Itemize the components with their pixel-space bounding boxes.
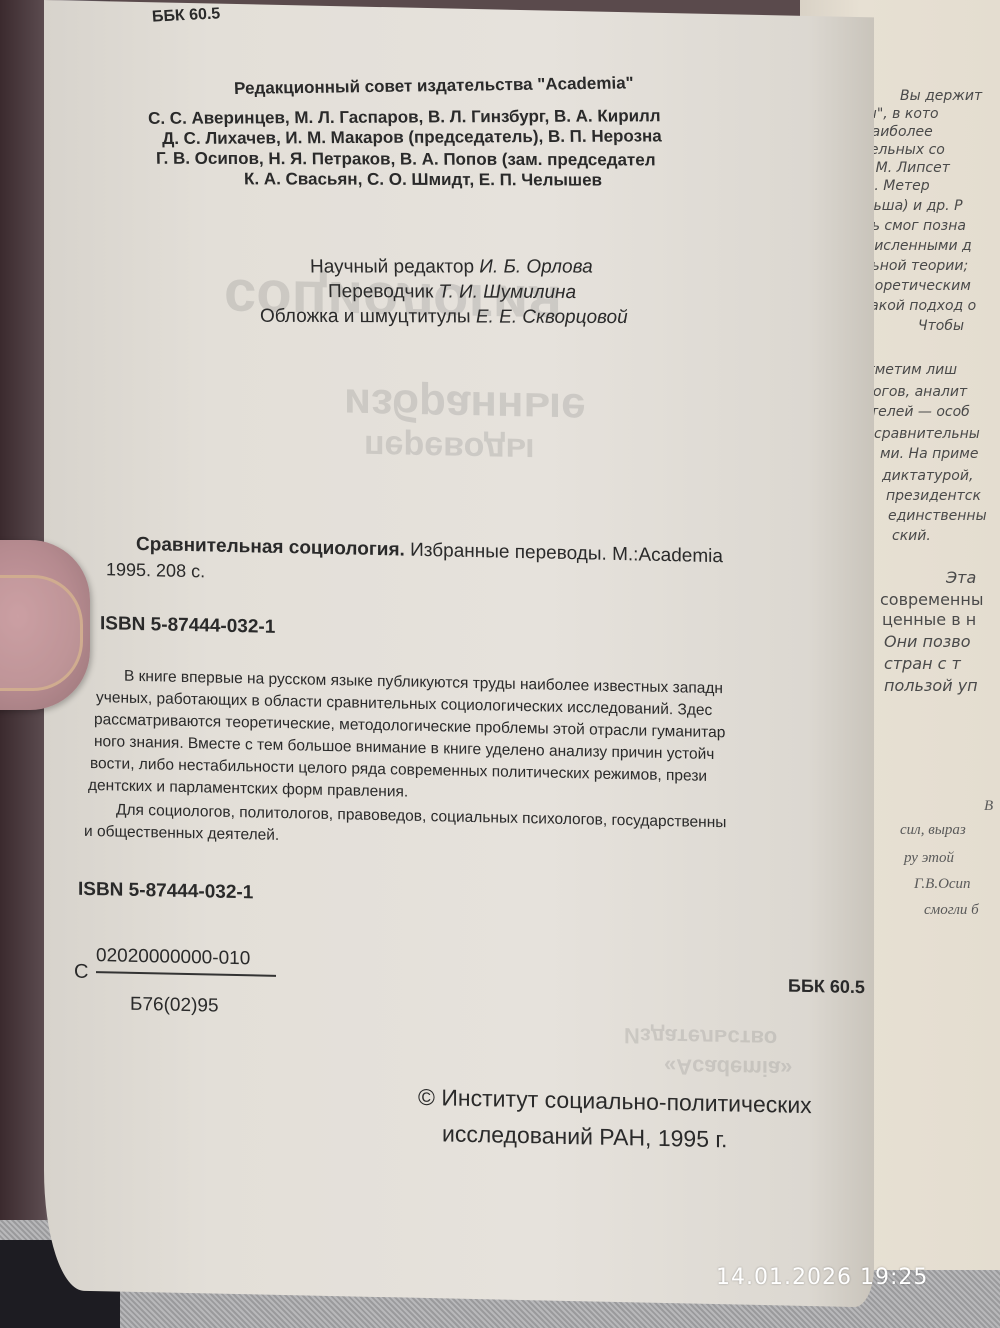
isbn-primary: ISBN 5-87444-032-1: [100, 613, 275, 639]
credit-translator: Переводчик Т. И. Шумилина: [328, 281, 576, 304]
right-page-line: смогли б: [924, 902, 979, 919]
show-through-publisher: «Academia»: [664, 1053, 792, 1082]
show-through-text: переводы: [364, 427, 535, 470]
right-page-line: ский.: [892, 528, 931, 544]
right-page-line: Они позво: [884, 632, 971, 651]
right-page-line: логов, аналит: [864, 384, 967, 400]
abstract-line: дентских и парламентских форм правления.: [88, 777, 408, 802]
show-through-publisher: Издательство: [624, 1022, 777, 1051]
editorial-board-line: К. А. Свасьян, С. О. Шмидт, Е. П. Челыше…: [244, 169, 602, 190]
right-page-line: президентск: [886, 488, 981, 504]
credit-science-editor: Научный редактор И. Б. Орлова: [310, 257, 593, 279]
editorial-board-line: Д. С. Лихачев, И. М. Макаров (председате…: [162, 126, 662, 149]
right-page-line: сравнительны: [874, 426, 980, 442]
editorial-board-title: Редакционный совет издательства "Academi…: [234, 73, 634, 99]
right-page-line: ми. На приме: [880, 446, 978, 462]
right-page-line: телей — особ: [870, 404, 970, 420]
right-page-line: диктатурой,: [882, 468, 973, 484]
editorial-board-line: С. С. Аверинцев, М. Л. Гаспаров, В. Л. Г…: [148, 106, 661, 129]
audience-line: и общественных деятелей.: [84, 823, 279, 845]
citation-year-pages: 1995. 208 с.: [106, 559, 205, 582]
right-page-line: ру этой: [904, 850, 954, 867]
thumbnail: [0, 575, 83, 691]
bbk-bottom: ББК 60.5: [788, 976, 865, 999]
right-page-line: единственны: [888, 508, 987, 524]
right-page-line: Эта: [946, 568, 976, 587]
copyright-line: © Институт социально-политических: [418, 1084, 812, 1119]
right-page-line: такой подход о: [862, 298, 976, 314]
right-page-line: Вы держит: [900, 88, 982, 104]
isbn-secondary: ISBN 5-87444-032-1: [78, 879, 253, 905]
right-page-line: пользой уп: [884, 676, 978, 695]
right-page-line: В: [984, 798, 993, 815]
right-page-line: стран с т: [884, 654, 961, 673]
photo-timestamp: 14.01.2026 19:25: [716, 1265, 928, 1290]
right-page-line: сил, выраз: [900, 822, 966, 839]
catalog-numerator: 02020000000-010: [96, 945, 250, 970]
left-page: ББК 60.5 Редакционный совет издательства…: [44, 0, 874, 1307]
citation-line: Сравнительная социология. Избранные пере…: [136, 534, 723, 568]
right-page-line: Г.В.Осип: [914, 876, 971, 893]
catalog-prefix: С: [74, 961, 88, 984]
right-page-line: Чтобы: [918, 318, 964, 334]
copyright-line: исследований РАН, 1995 г.: [442, 1120, 727, 1153]
credit-cover: Обложка и шмуцтитулы Е. Е. Скворцовой: [260, 306, 628, 329]
bbk-top: ББК 60.5: [151, 5, 220, 26]
right-page-line: ценные в н: [882, 610, 976, 629]
editorial-board-line: Г. В. Осипов, Н. Я. Петраков, В. А. Попо…: [156, 149, 656, 171]
right-page-line: современны: [880, 590, 983, 609]
catalog-denominator: Б76(02)95: [130, 994, 219, 1018]
right-page-line: теоретическим: [858, 278, 971, 294]
show-through-text: избранные: [344, 378, 586, 433]
fraction-line: [96, 971, 276, 976]
